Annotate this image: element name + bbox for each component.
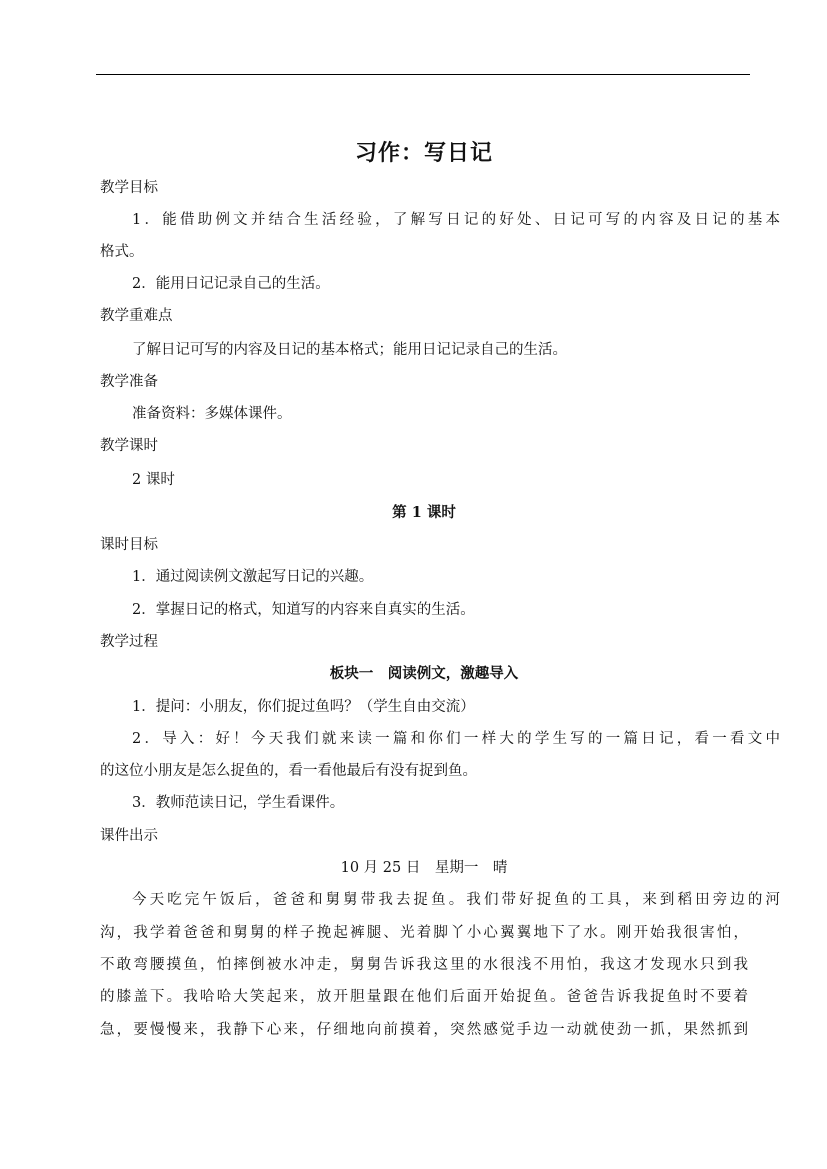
header-rule bbox=[96, 74, 750, 75]
step-2-line2: 的这位小朋友是怎么捉鱼的，看一看他最后有没有捉到鱼。 bbox=[100, 761, 748, 781]
module-1-heading: 板块一 阅读例文，激趣导入 bbox=[100, 664, 748, 684]
document-title: 习作：写日记 bbox=[100, 136, 748, 167]
diary-line: 沟，我学着爸爸和舅舅的样子挽起裤腿、光着脚丫小心翼翼地下了水。刚开始我很害怕， bbox=[100, 923, 748, 943]
section-heading-lesson-objectives: 课时目标 bbox=[100, 535, 748, 555]
diary-date: 10 月 25 日 星期一 晴 bbox=[100, 858, 748, 878]
objective-2: 2．能用日记记录自己的生活。 bbox=[100, 274, 780, 294]
step-3: 3．教师范读日记，学生看课件。 bbox=[100, 793, 780, 813]
diary-line: 今天吃完午饭后，爸爸和舅舅带我去捉鱼。我们带好捉鱼的工具，来到稻田旁边的河 bbox=[100, 890, 780, 910]
section-heading-preparation: 教学准备 bbox=[100, 372, 748, 392]
hours-text: 2 课时 bbox=[100, 470, 780, 490]
objective-1-line1: 1．能借助例文并结合生活经验，了解写日记的好处、日记可写的内容及日记的基本 bbox=[100, 210, 780, 230]
lesson-objective-2: 2．掌握日记的格式，知道写的内容来自真实的生活。 bbox=[100, 600, 780, 620]
section-heading-hours: 教学课时 bbox=[100, 436, 748, 456]
diary-line: 的膝盖下。我哈哈大笑起来，放开胆量跟在他们后面开始捉鱼。爸爸告诉我捉鱼时不要着 bbox=[100, 987, 748, 1007]
preparation-text: 准备资料：多媒体课件。 bbox=[100, 404, 780, 424]
step-1: 1．提问：小朋友，你们捉过鱼吗？（学生自由交流） bbox=[100, 697, 780, 717]
objective-1-line2: 格式。 bbox=[100, 242, 748, 262]
step-2-line1: 2．导入：好！今天我们就来读一篇和你们一样大的学生写的一篇日记，看一看文中 bbox=[100, 729, 780, 749]
lesson-1-heading: 第 1 课时 bbox=[100, 503, 748, 523]
key-points-text: 了解日记可写的内容及日记的基本格式；能用日记记录自己的生活。 bbox=[100, 340, 780, 360]
diary-line: 不敢弯腰摸鱼，怕摔倒被水冲走，舅舅告诉我这里的水很浅不用怕，我这才发现水只到我 bbox=[100, 955, 748, 975]
lesson-objective-1: 1．通过阅读例文激起写日记的兴趣。 bbox=[100, 567, 780, 587]
section-heading-key-points: 教学重难点 bbox=[100, 306, 748, 326]
section-heading-process: 教学过程 bbox=[100, 632, 748, 652]
section-heading-courseware: 课件出示 bbox=[100, 826, 748, 846]
section-heading-objectives: 教学目标 bbox=[100, 178, 748, 198]
diary-line: 急，要慢慢来，我静下心来，仔细地向前摸着，突然感觉手边一动就使劲一抓，果然抓到 bbox=[100, 1020, 748, 1040]
